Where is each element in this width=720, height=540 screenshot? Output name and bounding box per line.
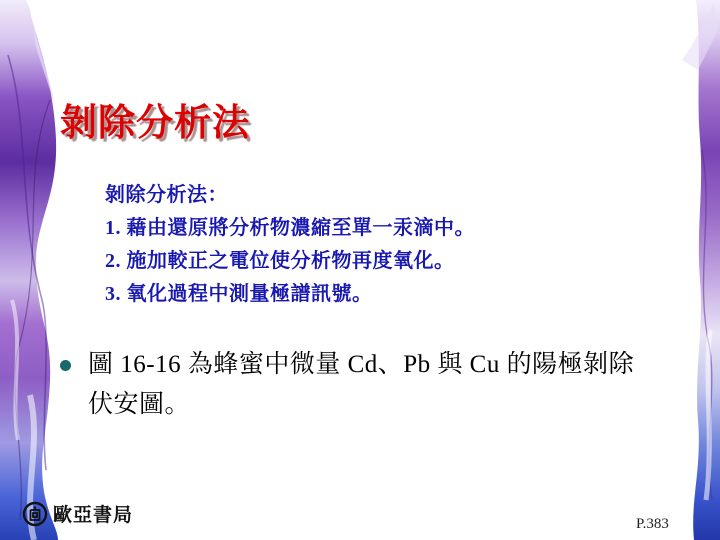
figure-note-text: 圖 16-16 為蜂蜜中微量 Cd、Pb 與 Cu 的陽極剝除 伏安圖。: [88, 345, 634, 425]
presentation-slide: 剝除分析法 剝除分析法： 1. 藉由還原將分析物濃縮至單一汞滴中。 2. 施加較…: [0, 0, 720, 540]
content-item-3: 3. 氧化過程中測量極譜訊號。: [105, 278, 475, 311]
slide-title: 剝除分析法: [60, 100, 250, 148]
content-box: 剝除分析法： 1. 藉由還原將分析物濃縮至單一汞滴中。 2. 施加較正之電位使分…: [105, 179, 475, 311]
content-item-2: 2. 施加較正之電位使分析物再度氧化。: [105, 245, 475, 278]
publisher-logo-icon: [22, 501, 48, 527]
figure-note-line-2: 伏安圖。: [88, 385, 634, 425]
left-swirl-decoration: [0, 0, 58, 540]
publisher-name: 歐亞書局: [53, 500, 133, 527]
content-heading: 剝除分析法：: [105, 179, 475, 212]
content-item-1: 1. 藉由還原將分析物濃縮至單一汞滴中。: [105, 212, 475, 245]
figure-note-line-1: 圖 16-16 為蜂蜜中微量 Cd、Pb 與 Cu 的陽極剝除: [88, 345, 634, 385]
bullet-dot-icon: [60, 360, 71, 371]
page-number: P.383: [636, 516, 669, 533]
publisher-logo: 歐亞書局: [22, 500, 133, 527]
figure-note: 圖 16-16 為蜂蜜中微量 Cd、Pb 與 Cu 的陽極剝除 伏安圖。: [60, 345, 634, 425]
right-swirl-decoration: [680, 0, 720, 540]
